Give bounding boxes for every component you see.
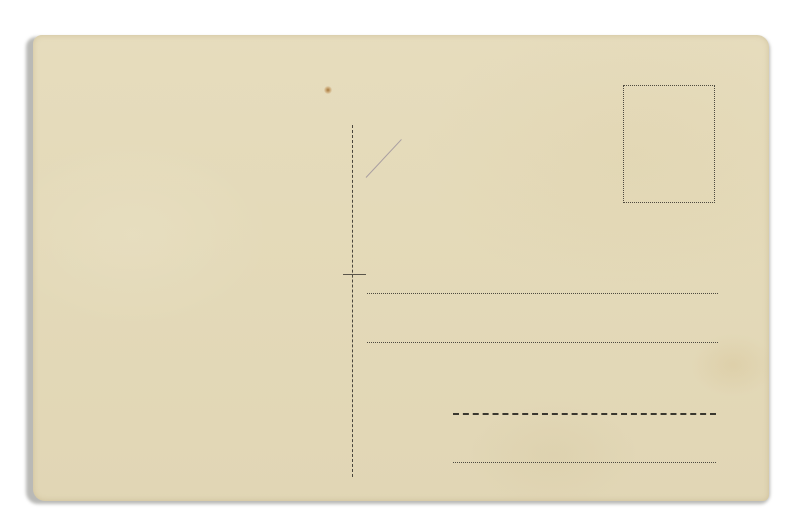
address-line-3: [453, 413, 716, 415]
postcard-back: [33, 35, 769, 501]
address-line-2: [367, 342, 718, 343]
stamp-placeholder-box: [623, 85, 715, 203]
address-line-4: [453, 462, 716, 463]
address-line-1: [367, 293, 718, 294]
vertical-divider-line: [352, 125, 353, 477]
pencil-stroke: [366, 139, 402, 178]
divider-cross-tick: [343, 274, 366, 275]
stain-mark: [324, 86, 332, 94]
